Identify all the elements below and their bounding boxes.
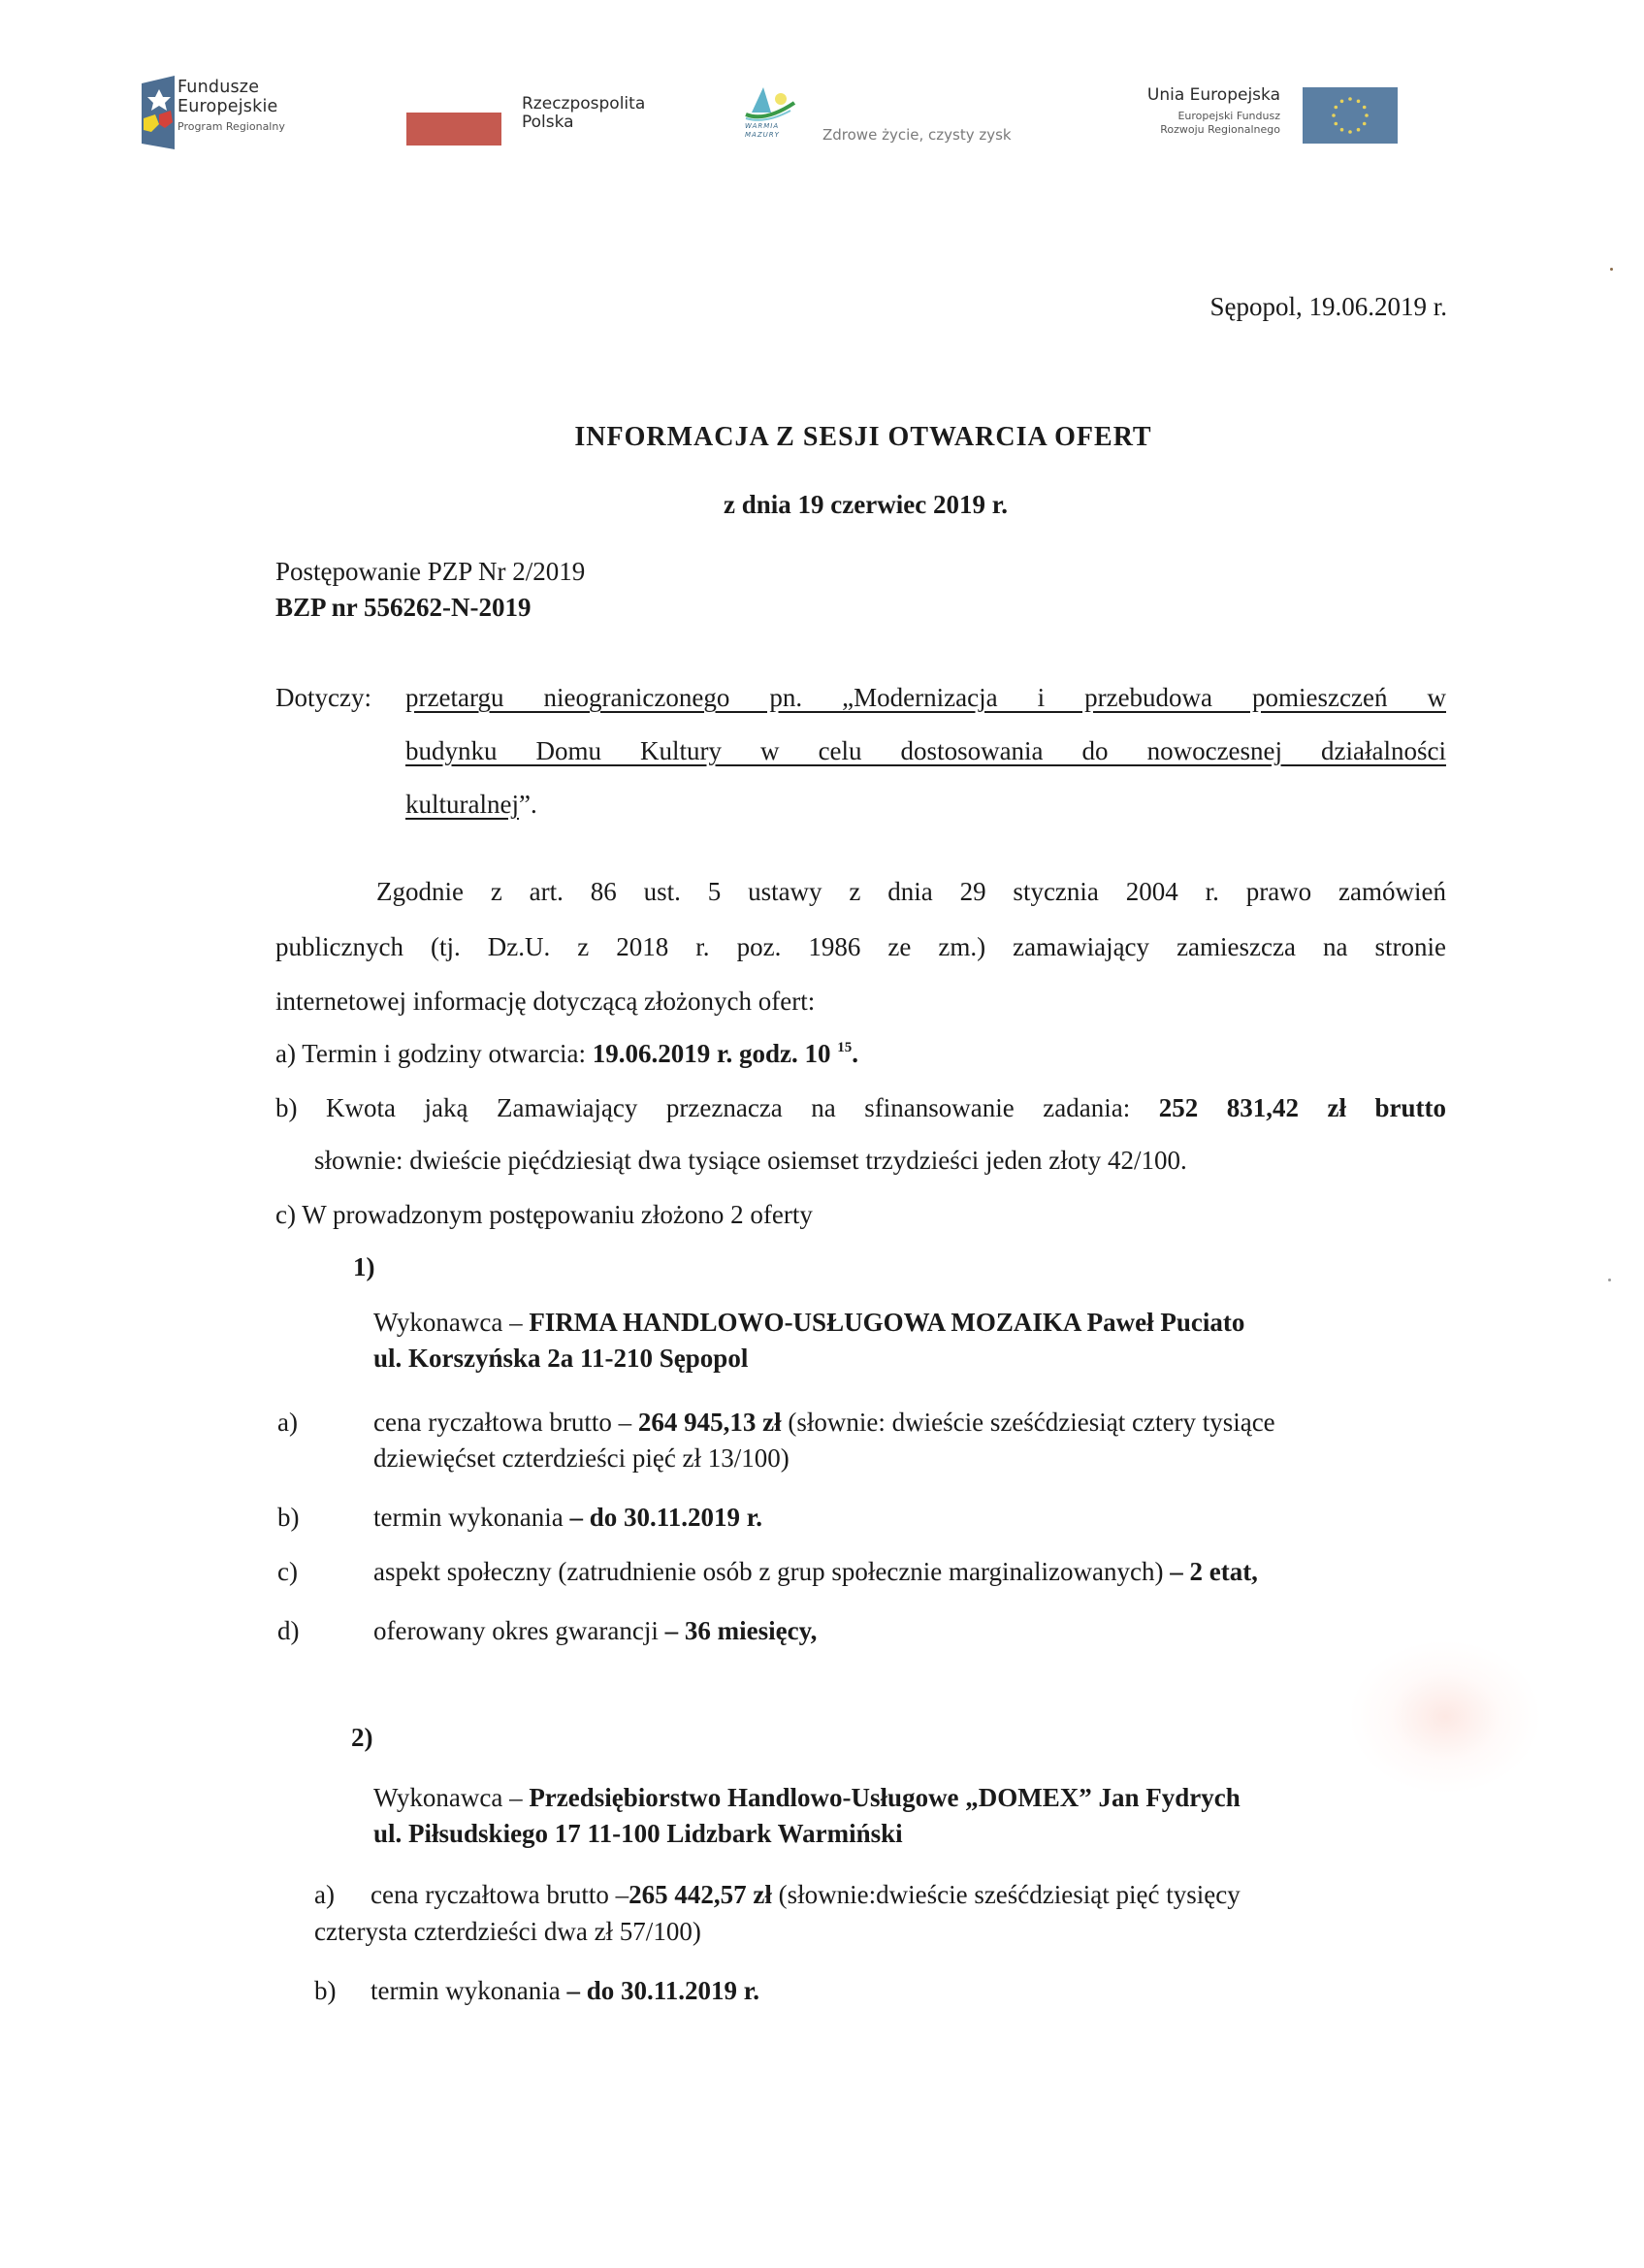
offer-2-item-b-label: b) — [314, 1975, 371, 2006]
offer-1-item-c: aspekt społeczny (zatrudnienie osób z gr… — [373, 1556, 1258, 1587]
logo-wm-small2: MAZURY — [745, 131, 780, 140]
offer-1-contractor: Wykonawca – FIRMA HANDLOWO-USŁUGOWA MOZA… — [373, 1307, 1244, 1338]
place-date: Sępopol, 19.06.2019 r. — [1209, 291, 1447, 322]
concerns-line-3-underlined: kulturalnej — [405, 790, 519, 819]
info-a-value: 19.06.2019 r. godz. 10 — [593, 1039, 831, 1068]
offer-2-item-a-tail: (słownie:dwieście sześćdziesiąt pięć tys… — [772, 1880, 1241, 1909]
fundusze-europejskie-logo-text: Fundusze Europejskie Program Regionalny — [177, 80, 285, 132]
offer-2-item-a-line2: czterysta czterdzieści dwa zł 57/100) — [314, 1916, 701, 1947]
offer-1-item-d-text: oferowany okres gwarancji — [373, 1616, 665, 1645]
offer-1-item-c-text: aspekt społeczny (zatrudnienie osób z gr… — [373, 1557, 1170, 1586]
info-a-tail: . — [852, 1039, 858, 1068]
offer-2-item-a-text: cena ryczałtowa brutto – — [371, 1880, 629, 1909]
info-b-value: 252 831,42 zł brutto — [1159, 1093, 1446, 1122]
logo-wm-small1: WARMIA — [745, 122, 780, 131]
offer-1-contractor-name: FIRMA HANDLOWO-USŁUGOWA MOZAIKA Paweł Pu… — [529, 1308, 1244, 1337]
warmia-mazury-slogan: Zdrowe życie, czysty zysk — [822, 126, 1012, 144]
logo-rp-line1: Rzeczpospolita — [522, 95, 645, 113]
offer-1-item-c-label: c) — [277, 1556, 298, 1587]
offer-1-price: 264 945,13 zł — [638, 1408, 782, 1437]
offer-2-item-a-label: a) — [314, 1879, 371, 1910]
offer-1-deadline: – do 30.11.2019 r. — [569, 1503, 762, 1532]
logo-fe-line1: Fundusze — [177, 80, 285, 97]
offer-2-contractor-name: Przedsiębiorstwo Handlowo-Usługowe „DOME… — [529, 1783, 1240, 1812]
offer-2-address: ul. Piłsudskiego 17 11-100 Lidzbark Warm… — [373, 1818, 903, 1849]
info-b-prefix: b) Kwota jaką Zamawiający przeznacza na … — [275, 1093, 1159, 1122]
logo-fe-line3: Program Regionalny — [177, 121, 285, 132]
offer-2-price: 265 442,57 zł — [629, 1880, 772, 1909]
rzeczpospolita-logo-text: Rzeczpospolita Polska — [522, 95, 645, 132]
concerns-line-2: budynku Domu Kultury w celu dostosowania… — [405, 735, 1446, 766]
offer-1-item-a: cena ryczałtowa brutto – 264 945,13 zł (… — [373, 1407, 1446, 1438]
document-title: INFORMACJA Z SESJI OTWARCIA OFERT — [0, 422, 1644, 453]
offer-1-number: 1) — [353, 1251, 375, 1282]
logo-eu-line3: Rozwoju Regionalnego — [1160, 123, 1280, 136]
concerns-line-3-tail: ”. — [519, 790, 537, 819]
offer-1-item-a-text: cena ryczałtowa brutto – — [373, 1408, 638, 1437]
eu-flag-icon — [1303, 87, 1398, 144]
offer-2-item-b: b)termin wykonania – do 30.11.2019 r. — [314, 1975, 759, 2006]
info-a-sup: 15 — [837, 1040, 852, 1055]
offer-1-item-a-tail: (słownie: dwieście sześćdziesiąt cztery … — [782, 1408, 1275, 1437]
offer-2-item-b-text: termin wykonania — [371, 1976, 566, 2005]
procedure-number: Postępowanie PZP Nr 2/2019 — [275, 556, 585, 587]
offer-1-item-b: termin wykonania – do 30.11.2019 r. — [373, 1502, 762, 1533]
concerns-line-3: kulturalnej”. — [405, 789, 537, 820]
intro-line-3: internetowej informację dotyczącą złożon… — [275, 986, 815, 1017]
offer-1-item-d-label: d) — [277, 1615, 300, 1646]
offer-2-number: 2) — [351, 1722, 373, 1753]
offer-2-deadline: – do 30.11.2019 r. — [566, 1976, 759, 2005]
offer-1-contractor-prefix: Wykonawca – — [373, 1308, 529, 1337]
concerns-label: Dotyczy: — [275, 682, 371, 713]
info-item-a: a) Termin i godziny otwarcia: 19.06.2019… — [275, 1038, 858, 1069]
logo-rp-line2: Polska — [522, 113, 645, 132]
info-item-c: c) W prowadzonym postępowaniu złożono 2 … — [275, 1199, 813, 1230]
offer-1-item-b-text: termin wykonania — [373, 1503, 569, 1532]
offer-1-item-d: oferowany okres gwarancji – 36 miesięcy, — [373, 1615, 817, 1646]
scan-speck — [1608, 1279, 1611, 1281]
info-a-prefix: a) Termin i godziny otwarcia: — [275, 1039, 593, 1068]
info-item-b: b) Kwota jaką Zamawiający przeznacza na … — [275, 1092, 1446, 1123]
offer-1-warranty: – 36 miesięcy, — [665, 1616, 818, 1645]
warmia-mazury-logo-text: WARMIA MAZURY — [745, 122, 780, 140]
offer-2-contractor: Wykonawca – Przedsiębiorstwo Handlowo-Us… — [373, 1782, 1241, 1813]
offer-1-address: ul. Korszyńska 2a 11-210 Sępopol — [373, 1343, 748, 1374]
offer-2-contractor-prefix: Wykonawca – — [373, 1783, 529, 1812]
fundusze-europejskie-logo-icon — [142, 76, 175, 149]
offer-1-social-aspect: – 2 etat, — [1170, 1557, 1258, 1586]
document-subtitle: z dnia 19 czerwiec 2019 r. — [0, 490, 1644, 520]
logo-eu-sub: Europejski Fundusz Rozwoju Regionalnego — [1086, 110, 1280, 137]
offer-1-item-b-label: b) — [277, 1502, 300, 1533]
offer-1-item-a-line2: dziewięćset czterdzieści pięć zł 13/100) — [373, 1442, 790, 1474]
concerns-line-1: przetargu nieograniczonego pn. „Moderniz… — [405, 682, 1446, 713]
scan-stain — [1348, 1639, 1542, 1795]
logo-fe-line2: Europejskie — [177, 99, 285, 116]
info-item-b-words: słownie: dwieście pięćdziesiąt dwa tysią… — [314, 1145, 1187, 1176]
polish-flag-icon — [406, 113, 501, 146]
offer-1-item-a-label: a) — [277, 1407, 298, 1438]
logo-eu-line2: Europejski Fundusz — [1177, 110, 1280, 122]
intro-line-1: Zgodnie z art. 86 ust. 5 ustawy z dnia 2… — [376, 876, 1446, 907]
logo-eu-line1: Unia Europejska — [1086, 85, 1280, 105]
scan-speck — [1610, 268, 1613, 271]
bzp-number: BZP nr 556262-N-2019 — [275, 592, 532, 623]
intro-line-2: publicznych (tj. Dz.U. z 2018 r. poz. 19… — [275, 931, 1446, 962]
offer-2-item-a: a)cena ryczałtowa brutto –265 442,57 zł … — [314, 1879, 1241, 1910]
unia-europejska-logo-text: Unia Europejska Europejski Fundusz Rozwo… — [1086, 85, 1280, 137]
